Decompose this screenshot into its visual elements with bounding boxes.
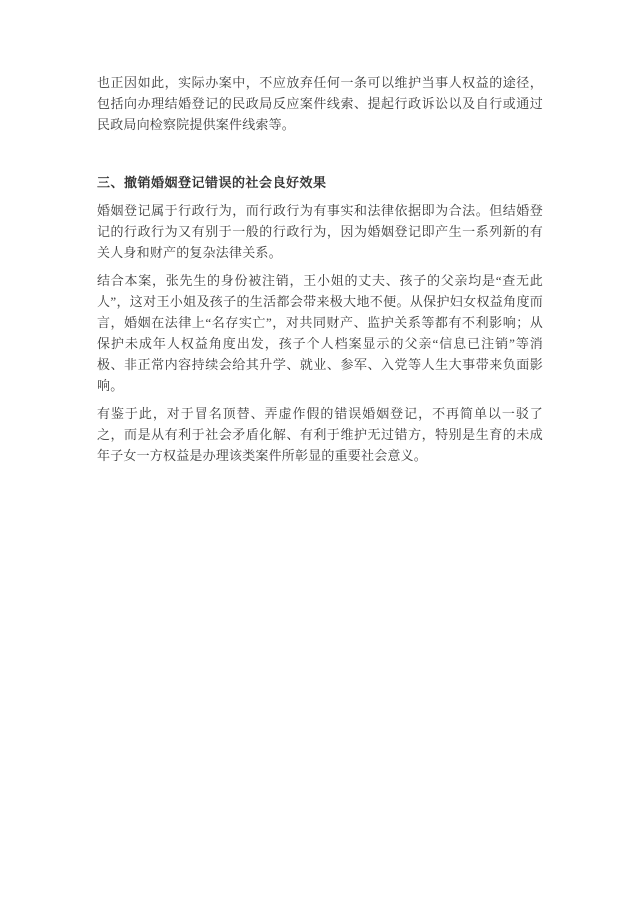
body-paragraph: 有鉴于此，对于冒名顶替、弄虚作假的错误婚姻登记，不再简单以一驳了之，而是从有利于… [97,403,543,466]
body-paragraph: 结合本案，张先生的身份被注销，王小姐的丈夫、孩子的父亲均是“查无此人”，这对王小… [97,270,543,396]
section-heading: 三、撤销婚姻登记错误的社会良好效果 [97,172,543,193]
body-paragraph: 也正因如此，实际办案中，不应放弃任何一条可以维护当事人权益的途径，包括向办理结婚… [97,72,543,135]
article-body: 也正因如此，实际办案中，不应放弃任何一条可以维护当事人权益的途径，包括向办理结婚… [0,0,640,466]
body-paragraph: 婚姻登记属于行政行为，而行政行为有事实和法律依据即为合法。但结婚登记的行政行为又… [97,200,543,263]
